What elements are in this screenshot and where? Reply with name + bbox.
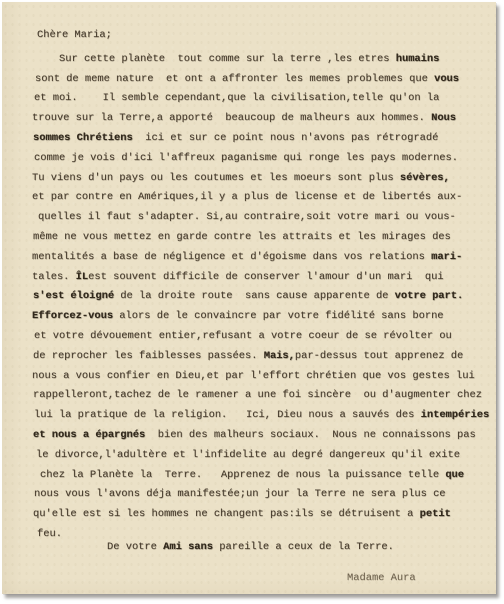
letter-line: de reprocher les faiblesses passées. Mai…: [2, 347, 496, 367]
letter-text: pareille a ceux de la Terre.: [213, 541, 394, 553]
letter-text: Ami sans: [163, 541, 213, 553]
letter-line: Tu viens d'un pays ou les coutumes et le…: [2, 169, 496, 189]
letter-text: trouve sur la Terre,a apporté beaucoup d…: [32, 112, 431, 124]
letter-line: même ne vous mettez en garde contre les …: [2, 228, 496, 248]
letter-text: bien des malheurs sociaux. Nous ne conna…: [145, 429, 475, 441]
letter-line: et votre dévouement entier,refusant a vo…: [2, 327, 496, 347]
letter-text: Chère Maria;: [37, 29, 112, 41]
letter-text: Tu viens d'un pays ou les coutumes et le…: [32, 172, 400, 184]
letter-text: alors de le convaincre par votre fidélit…: [113, 310, 443, 322]
letter-text: de reprocher les faiblesses passées.: [33, 350, 264, 362]
letter-text: sévères,: [400, 172, 450, 184]
letter-line: et nous a épargnés bien des malheurs soc…: [2, 426, 496, 446]
letter-text: Mais,: [264, 350, 295, 362]
letter-text: chez la Planète la Terre. Apprenez de no…: [40, 469, 445, 481]
letter-text: tales.: [32, 271, 76, 283]
letter-text: De votre: [107, 541, 163, 553]
letter-text: et votre dévouement entier,refusant a vo…: [34, 330, 452, 342]
letter-text: humains: [396, 53, 440, 65]
letter-line: mentalités a base de négligence et d'égo…: [2, 248, 496, 268]
letter-text: comme je vois d'ici l'affreux paganisme …: [34, 152, 458, 164]
letter-text: Madame Aura: [347, 572, 416, 584]
letter-text: par-dessus tout apprenez de: [295, 350, 463, 362]
letter-line: rappelleront,tachez de le ramener a une …: [2, 386, 496, 406]
letter-text: que: [445, 469, 464, 481]
salutation-line: Chère Maria;: [2, 26, 496, 46]
letter-line: nous a vous confier en Dieu,et par l'eff…: [2, 367, 496, 387]
letter-text: de la droite route sans cause apparente …: [114, 290, 395, 302]
letter-line: Efforcez-vous alors de le convaincre par…: [2, 307, 496, 327]
letter-text: Sur cette planète tout comme sur la terr…: [59, 53, 396, 65]
letter-text: ici et sur ce point nous n'avons pas rét…: [133, 132, 439, 144]
letter-text: rappelleront,tachez de le ramener a une …: [33, 389, 482, 401]
letter-line: comme je vois d'ici l'affreux paganisme …: [2, 149, 496, 169]
letter-line: sont de meme nature et ont a affronter l…: [2, 70, 496, 90]
letter-line: Sur cette planète tout comme sur la terr…: [2, 50, 496, 70]
letter-line: quelles il faut s'adapter. Si,au contrai…: [2, 208, 496, 228]
letter-text: quelles il faut s'adapter. Si,au contrai…: [38, 211, 456, 223]
signature-line: Madame Aura: [2, 569, 496, 589]
letter-paper: Chère Maria;Sur cette planète tout comme…: [2, 2, 496, 594]
letter-text: le divorce,l'adultère et l'infidelite au…: [36, 449, 460, 461]
letter-line: s'est éloigné de la droite route sans ca…: [2, 287, 496, 307]
letter-text: lui la pratique de la religion. Ici, Die…: [34, 409, 421, 421]
letter-text: Efforcez-vous: [32, 310, 113, 322]
letter-text: mari-: [431, 251, 462, 263]
letter-text: sont de meme nature et ont a affronter l…: [35, 73, 434, 85]
letter-line: et moi. Il semble cependant,que la civil…: [2, 89, 496, 109]
letter-line: lui la pratique de la religion. Ici, Die…: [2, 406, 496, 426]
letter-text: feu.: [37, 528, 62, 540]
closing-line: De votre Ami sans pareille a ceux de la …: [2, 538, 496, 558]
letter-line: trouve sur la Terre,a apporté beaucoup d…: [2, 109, 496, 129]
letter-line: et par contre en Amériques,il y a plus d…: [2, 188, 496, 208]
letter-text: petit: [420, 508, 451, 520]
letter-text: même ne vous mettez en garde contre les …: [33, 231, 451, 243]
letter-text: qu'elle est si les hommes ne changent pa…: [33, 508, 420, 520]
letter-line: chez la Planète la Terre. Apprenez de no…: [2, 466, 496, 486]
letter-text: nous vous l'avons déja manifestée;un jou…: [34, 488, 446, 500]
letter-text: intempéries: [421, 409, 490, 421]
letter-body: Chère Maria;Sur cette planète tout comme…: [2, 2, 496, 594]
letter-text: nous a vous confier en Dieu,et par l'eff…: [32, 370, 475, 382]
letter-line: qu'elle est si les hommes ne changent pa…: [2, 505, 496, 525]
letter-text: et nous a épargnés: [33, 429, 145, 441]
letter-text: est souvent difficile de conserver l'amo…: [88, 271, 443, 283]
letter-text: sommes Chrétiens: [33, 132, 133, 144]
letter-text: mentalités a base de négligence et d'égo…: [32, 251, 431, 263]
scanned-letter-image: Chère Maria;Sur cette planète tout comme…: [0, 0, 504, 604]
letter-line: tales. ÎLest souvent difficile de conser…: [2, 268, 496, 288]
letter-text: ÎL: [76, 271, 88, 283]
letter-text: et par contre en Amériques,il y a plus d…: [32, 191, 462, 203]
letter-text: s'est éloigné: [33, 290, 114, 302]
letter-text: Nous: [431, 112, 456, 124]
letter-text: votre part.: [395, 290, 464, 302]
letter-line: nous vous l'avons déja manifestée;un jou…: [2, 485, 496, 505]
letter-line: le divorce,l'adultère et l'infidelite au…: [2, 446, 496, 466]
letter-text: vous: [434, 73, 459, 85]
letter-line: sommes Chrétiens ici et sur ce point nou…: [2, 129, 496, 149]
letter-text: et moi. Il semble cependant,que la civil…: [34, 92, 439, 104]
